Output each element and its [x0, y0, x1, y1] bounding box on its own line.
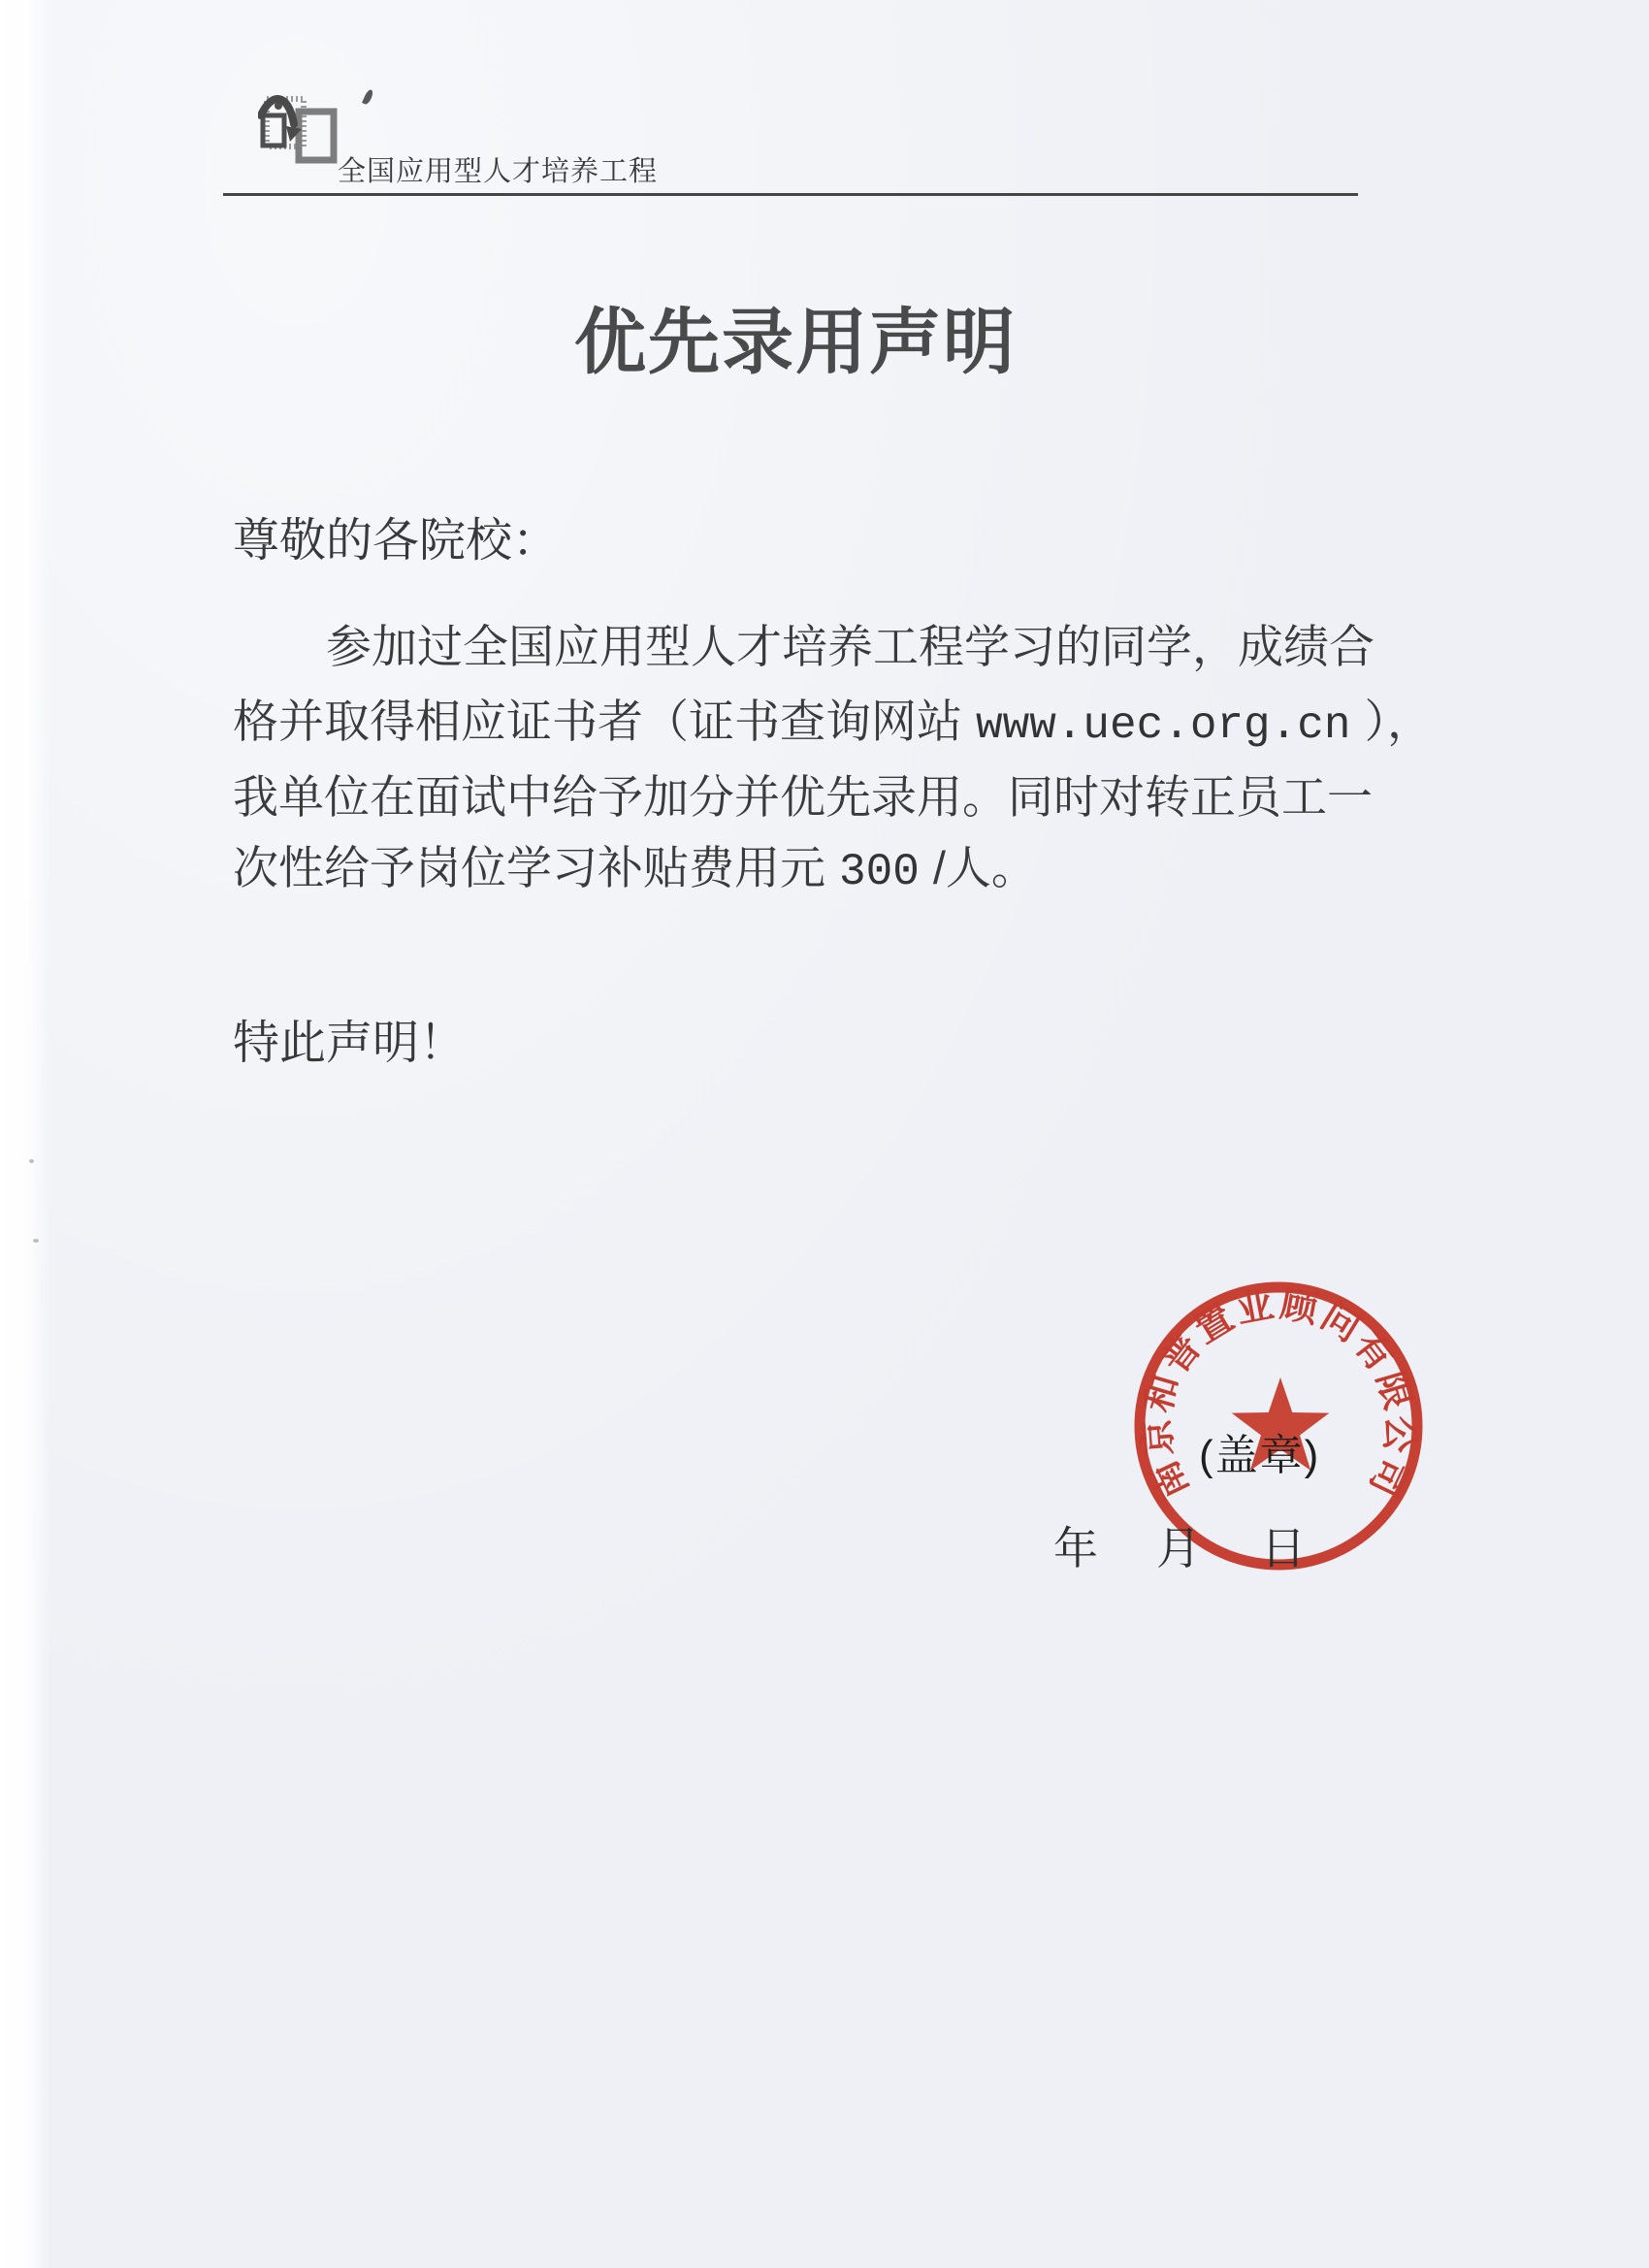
date-day-label: 日	[1261, 1513, 1306, 1577]
certificate-query-url: www.uec.org.cn	[976, 700, 1350, 751]
ink-speck	[362, 88, 374, 105]
salutation: 尊敬的各院校：	[233, 502, 559, 569]
paragraph-line-1: 参加过全国应用型人才培养工程学习的同学，成绩合	[326, 611, 1374, 676]
paragraph-line-4-text: 次性给予岗位学习补贴费用元	[233, 842, 825, 893]
seal-here-note: (盖章)	[1199, 1420, 1320, 1482]
paragraph-line-4-tail: /人。	[933, 842, 1037, 893]
header-divider	[223, 193, 1358, 196]
paragraph-line-3: 我单位在面试中给予加分并优先录用。同时对转正员工一	[233, 761, 1373, 826]
scan-speck	[29, 1159, 34, 1163]
scanner-edge-strip	[0, 0, 50, 2268]
scan-speck	[33, 1239, 39, 1243]
paragraph-line-2: 格并取得相应证书者（证书查询网站www.uec.org.cn），	[233, 686, 1433, 751]
date-month-label: 月	[1156, 1513, 1201, 1577]
document-title: 优先录用声明	[233, 285, 1358, 388]
paragraph-line-2-text: 格并取得相应证书者（证书查询网站	[233, 696, 962, 747]
date-year-label: 年	[1053, 1513, 1098, 1577]
paragraph-line-4: 次性给予岗位学习补贴费用元300/人。	[233, 832, 1037, 897]
subsidy-amount: 300	[839, 847, 920, 897]
closing-statement: 特此声明！	[233, 1005, 466, 1072]
scanned-document-page: 全国应用型人才培养工程 优先录用声明 尊敬的各院校： 参加过全国应用型人才培养工…	[0, 0, 1649, 2268]
program-name: 全国应用型人才培养工程	[338, 149, 658, 189]
program-logo-icon	[258, 85, 339, 177]
paragraph-line-2-tail: ），	[1364, 696, 1433, 747]
